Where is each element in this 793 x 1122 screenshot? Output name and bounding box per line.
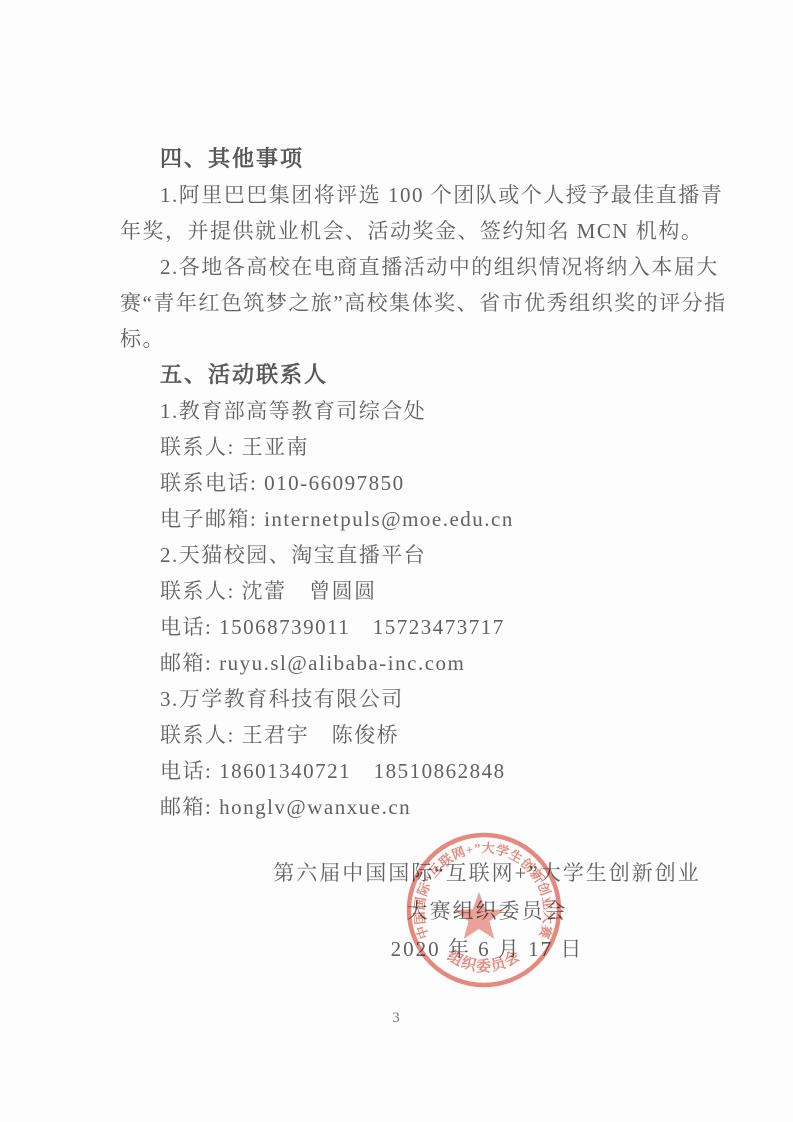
text-line: 电话: 15068739011 15723473717 — [120, 609, 676, 645]
text-line: 2.各地各高校在电商直播活动中的组织情况将纳入本届大 — [120, 249, 676, 285]
text-line: 2.天猫校园、淘宝直播平台 — [120, 537, 676, 573]
text-line: 标。 — [120, 321, 676, 357]
text-line: 电子邮箱: internetpuls@moe.edu.cn — [120, 501, 676, 537]
section-heading: 五、活动联系人 — [120, 357, 676, 393]
text-line: 1.阿里巴巴集团将评选 100 个团队或个人授予最佳直播青 — [120, 177, 676, 213]
document-page: 四、其他事项 1.阿里巴巴集团将评选 100 个团队或个人授予最佳直播青 年奖，… — [0, 0, 793, 1122]
page-number: 3 — [0, 1010, 793, 1027]
document-body: 四、其他事项 1.阿里巴巴集团将评选 100 个团队或个人授予最佳直播青 年奖，… — [120, 141, 676, 825]
text-line: 赛“青年红色筑梦之旅”高校集体奖、省市优秀组织奖的评分指 — [120, 285, 676, 321]
document-section: 五、活动联系人 1.教育部高等教育司综合处 联系人: 王亚南 联系电话: 010… — [120, 357, 676, 825]
text-line: 邮箱: honglv@wanxue.cn — [120, 789, 676, 825]
section-heading: 四、其他事项 — [120, 141, 676, 177]
signature-line-org-2: 大赛组织委员会 — [180, 892, 793, 930]
text-line: 1.教育部高等教育司综合处 — [120, 393, 676, 429]
text-line: 年奖，并提供就业机会、活动奖金、签约知名 MCN 机构。 — [120, 213, 676, 249]
text-line: 联系电话: 010-66097850 — [120, 465, 676, 501]
text-line: 3.万学教育科技有限公司 — [120, 681, 676, 717]
text-line: 联系人: 王亚南 — [120, 429, 676, 465]
text-line: 联系人: 王君宇 陈俊桥 — [120, 717, 676, 753]
section-lines: 1.教育部高等教育司综合处 联系人: 王亚南 联系电话: 010-6609785… — [120, 393, 676, 825]
section-lines: 1.阿里巴巴集团将评选 100 个团队或个人授予最佳直播青 年奖，并提供就业机会… — [120, 177, 676, 357]
text-line: 联系人: 沈蕾 曾圆圆 — [120, 573, 676, 609]
document-section: 四、其他事项 1.阿里巴巴集团将评选 100 个团队或个人授予最佳直播青 年奖，… — [120, 141, 676, 357]
signature-line-org-1: 第六届中国国际“互联网+”大学生创新创业 — [180, 854, 793, 892]
signature-line-date: 2020 年 6 月 17 日 — [180, 930, 793, 968]
text-line: 邮箱: ruyu.sl@alibaba-inc.com — [120, 645, 676, 681]
text-line: 电话: 18601340721 18510862848 — [120, 753, 676, 789]
signature-block: 第六届中国国际“互联网+”大学生创新创业 大赛组织委员会 2020 年 6 月 … — [180, 854, 793, 968]
